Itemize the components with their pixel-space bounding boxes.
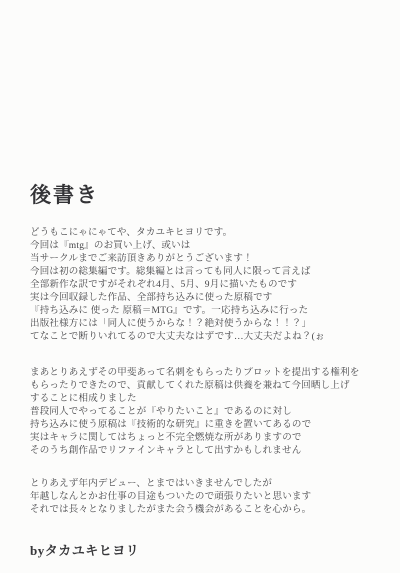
text-line: それでは長々となりましたがまた会う機会があることを心から。 — [30, 504, 382, 517]
text-line: もらったりできたので、貢献してくれた原稿は供養を兼ねて今回晒し上げ — [30, 380, 382, 393]
afterword-content: 後書き どうもこにゃにゃてや、タカユキヒヨリです。 今回は『mtg』のお買い上げ… — [30, 182, 382, 559]
text-line: そのうち創作品でリファインキャラとして出すかもしれません — [30, 445, 382, 458]
page-title: 後書き — [30, 182, 382, 208]
text-line: どうもこにゃにゃてや、タカユキヒヨリです。 — [30, 227, 382, 240]
text-line: することに相成りました — [30, 393, 382, 406]
text-line: 『持ち込みに 使った 原稿＝MTG』です。一応持ち込みに行った — [30, 305, 382, 318]
text-line: 実はキャラに関してはちょっと不完全燃焼な所がありますので — [30, 432, 382, 445]
text-line: 普段同人でやってることが『やりたいこと』であるのに対し — [30, 406, 382, 419]
text-line: 今回は『mtg』のお買い上げ、或いは — [30, 240, 382, 253]
text-line: 今回は初の総集編です。総集編とは言っても同人に限って言えば — [30, 266, 382, 279]
text-line: まあとりあえずその甲斐あって名刺をもらったりプロットを提出する権利を — [30, 367, 382, 380]
text-line: とりあえず年内デビュー、とまではいきませんでしたが — [30, 478, 382, 491]
text-line: 持ち込みに使う原稿は『技術的な研究』に重きを置いてあるので — [30, 419, 382, 432]
text-line: 当サークルまでご来訪頂きありがとうございます！ — [30, 253, 382, 266]
text-line: 年越しなんとかお仕事の目途もついたので頑張りたいと思います — [30, 491, 382, 504]
text-line: 出版社様方には「同人に使うからな！？絶対使うからな！！？」 — [30, 318, 382, 331]
paragraph-closing: とりあえず年内デビュー、とまではいきませんでしたが 年越しなんとかお仕事の目途も… — [30, 478, 382, 517]
author-signature: byタカユキヒヨリ — [30, 540, 382, 559]
text-line: てなことで断りいれてるので大丈夫なはずです…大丈夫だよね？(ぉ — [30, 331, 382, 344]
afterword-page: 後書き どうもこにゃにゃてや、タカユキヒヨリです。 今回は『mtg』のお買い上げ… — [0, 0, 400, 573]
paragraph-manuscripts: まあとりあえずその甲斐あって名刺をもらったりプロットを提出する権利を もらったり… — [30, 367, 382, 458]
text-line: 実は今回収録した作品、全部持ち込みに使った原稿です — [30, 292, 382, 305]
paragraph-greeting: どうもこにゃにゃてや、タカユキヒヨリです。 今回は『mtg』のお買い上げ、或いは… — [30, 227, 382, 344]
text-line: 全部新作な訳ですがそれぞれ4月、5月、9月に描いたものです — [30, 279, 382, 292]
